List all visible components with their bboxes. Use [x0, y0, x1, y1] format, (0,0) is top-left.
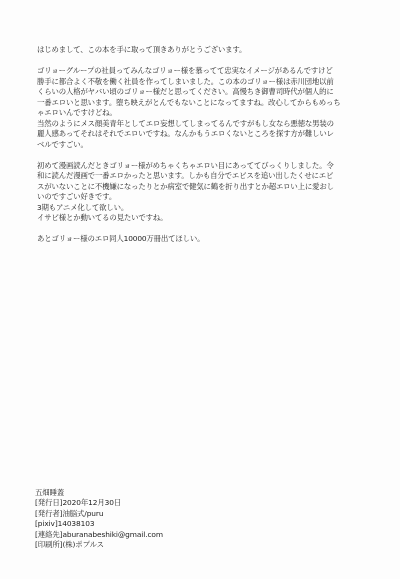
colophon-pixiv: [pixiv]14038103 [35, 519, 235, 529]
book-page: はじめまして、この本を手に取って頂きありがとうございます。 ゴリョーグループの社… [0, 0, 400, 579]
text-line: 麗人感あってそれはそれでエロいですね。なんかもうエロくないところを探す方が難しい… [37, 129, 359, 140]
text-line: 3期もアニメ化して欲しい。 [37, 203, 359, 214]
text-line: 勝手に都合よく不敬を働く社員を作ってしまいました。この本のゴリョー様は赤川団地以… [37, 77, 359, 88]
paragraph-closing: あとゴリョー様のエロ同人10000万冊出てほしい。 [37, 234, 359, 245]
text-line: ゃエロいんですけどね。 [37, 108, 359, 119]
paragraph-impressions: 初めて漫画読んだときゴリョー様がめちゃくちゃエロい目にあっててびっくりしました。… [37, 161, 359, 224]
colophon-printer: [印刷所](株)ポプルス [35, 540, 235, 550]
paragraph-greeting: はじめまして、この本を手に取って頂きありがとうございます。 [37, 45, 359, 56]
text-line: いのですごい好きです。 [37, 192, 359, 203]
text-line: スがいないことに不機嫌になったりとか病室で健気に鶴を折り出すとか超エロい上に愛お… [37, 182, 359, 193]
colophon-publisher: [発行者]油脳式/puru [35, 509, 235, 519]
text-line: はじめまして、この本を手に取って頂きありがとうございます。 [37, 45, 359, 56]
afterword-text: はじめまして、この本を手に取って頂きありがとうございます。 ゴリョーグループの社… [37, 45, 359, 255]
colophon-publish-date: [発行日]2020年12月30日 [35, 498, 235, 508]
text-line: 和に読んだ漫画で一番エロかったと思います。しかも自分でエビスを追い出したくせにエ… [37, 171, 359, 182]
text-line: ゴリョーグループの社員ってみんなゴリョー様を慕ってて忠実なイメージがあるんですけ… [37, 66, 359, 77]
text-line: ベルですごい。 [37, 140, 359, 151]
text-line: 一番エロいと思います。堕ち映えがとんでもないことになってますね。改心してからもめ… [37, 98, 359, 109]
colophon: 五畑睡蓋 [発行日]2020年12月30日 [発行者]油脳式/puru [pix… [35, 488, 235, 550]
colophon-contact: [連絡先]aburanabeshiki@gmail.com [35, 530, 235, 540]
text-line: あとゴリョー様のエロ同人10000万冊出てほしい。 [37, 234, 359, 245]
text-line: 当然のようにメス顔美青年としてエロ妄想してしまってるんですがもし女なら悪徳な男装… [37, 119, 359, 130]
text-line: くらいの人格がヤバい頃のゴリョー様だと思ってください。高慢ちき御曹司時代が個人的… [37, 87, 359, 98]
paragraph-about-goryo: ゴリョーグループの社員ってみんなゴリョー様を慕ってて忠実なイメージがあるんですけ… [37, 66, 359, 150]
text-line: 初めて漫画読んだときゴリョー様がめちゃくちゃエロい目にあっててびっくりしました。… [37, 161, 359, 172]
text-line: イサビ様とか動いてるの見たいですね。 [37, 213, 359, 224]
colophon-title: 五畑睡蓋 [35, 488, 235, 498]
